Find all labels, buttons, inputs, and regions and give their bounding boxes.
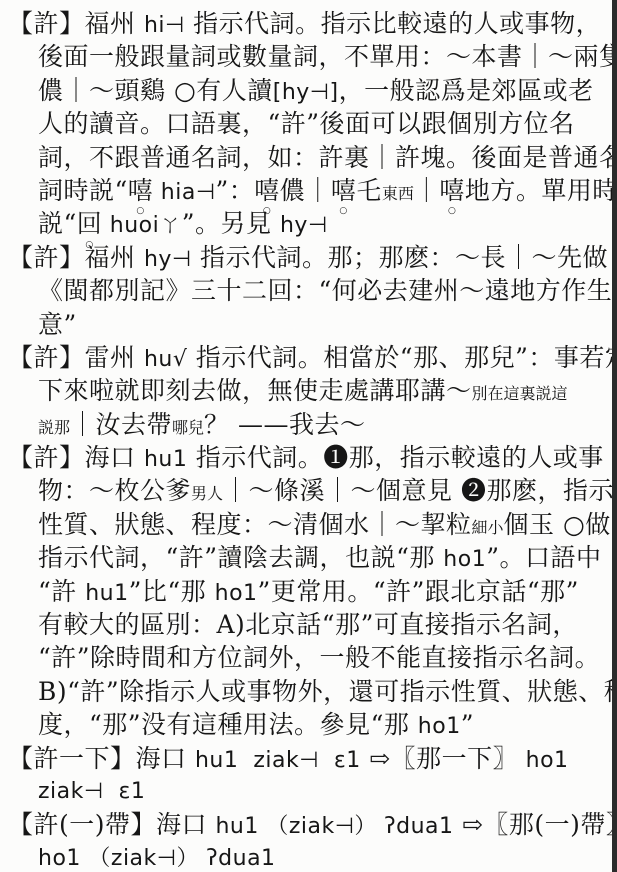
cjk-text: 《閩都別記》三十二回：“何必去建州～遠地方作生: [38, 276, 612, 305]
gloss-small-text: 別在這裏説這: [472, 384, 568, 403]
cjk-text: 【許】福州: [8, 243, 144, 272]
dictionary-entry: 【許(一)帶】海口 hu1 （ziak⊣） ʔdua1 ⇨〖那(一)帶〗ho1 …: [8, 808, 617, 872]
text-line: 説“回 huoiㄚ”。另見 hy⊣: [8, 207, 617, 240]
text-line: 【許】福州 hy⊣ 指示代詞。那；那麽：～長｜～先做｜: [8, 241, 617, 274]
phonetic-text: ho1: [443, 547, 486, 572]
char-with-ring-diacritic: 嘻: [128, 174, 154, 207]
text-line: 物：～枚公爹男人｜～條溪｜～個意見 ❷那麽，指示: [8, 474, 617, 507]
text-line: 【許】雷州 hu√ 指示代詞。相當於“那、那兒”：事若定: [8, 341, 617, 374]
phonetic-text: ho1: [518, 748, 568, 773]
cjk-text: 有較大的區別：A)北京話“那”可直接指示名詞，: [38, 610, 578, 639]
phonetic-text: hi⊣: [144, 13, 185, 38]
text-line: 説那｜汝去帶哪兒？ ——我去～: [8, 408, 617, 441]
phonetic-text: hu1 （ziak⊣） ʔdua1: [215, 814, 453, 839]
cjk-text: 人的讀音。口語裏，“許”後面可以跟個別方位名: [38, 109, 575, 138]
cjk-text: ？ ——我去～: [204, 410, 365, 439]
gloss-small-text: 男人: [191, 484, 223, 503]
cjk-text: 物：～枚公爹: [38, 476, 191, 505]
text-line: 後面一般跟量詞或數量詞，不單用：～本書｜～兩隻: [8, 40, 617, 73]
cjk-text: 【許(一)帶】海口: [8, 810, 215, 839]
gloss-small-text: 説那: [38, 418, 70, 437]
cjk-text: 詞，不跟普通名詞，如：許裏｜許塊。後面是普通名: [38, 143, 617, 172]
cjk-text: ”: [461, 710, 474, 739]
text-line: ziak⊣ ε1: [8, 775, 617, 808]
cjk-text: 儂｜: [280, 176, 331, 205]
cjk-text: 【許一下】海口: [8, 744, 195, 773]
text-line: 意”: [8, 308, 617, 341]
cjk-text: ｜～條溪｜～個意見 ❷那麽，指示: [223, 476, 614, 505]
char-with-ring-diacritic: 嘻: [331, 174, 357, 207]
cjk-text: “許”除時間和方位詞外，一般不能直接指示名詞。: [38, 643, 600, 672]
dictionary-entry: 【許一下】海口 hu1 ziak⊣ ε1 ⇨〖那一下〗 ho1ziak⊣ ε1: [8, 742, 617, 809]
text-line: 下來啦就即刻去做，無使走處講耶講～別在這裏説這: [8, 374, 617, 407]
cjk-text: 地方。單用時: [465, 176, 617, 205]
cjk-text: 【許】雷州: [8, 343, 144, 372]
cjk-text: ”。口語中: [486, 543, 601, 572]
phonetic-text: hu1: [144, 447, 187, 472]
dictionary-page: 【許】福州 hi⊣ 指示代詞。指示比較遠的人或事物，後面一般跟量詞或數量詞，不單…: [0, 0, 617, 872]
text-line: “許 hu1”比“那 ho1”更常用。“許”跟北京話“那”: [8, 575, 617, 608]
cjk-text: 性質、狀態、程度：～清個水｜～挈粒: [38, 510, 472, 539]
cjk-text: 説“: [38, 209, 77, 238]
cjk-text: ”：: [216, 176, 255, 205]
phonetic-text: huoiㄚ: [102, 213, 181, 238]
cjk-text: 指示代詞。指示比較遠的人或事物，: [185, 9, 601, 38]
gloss-small-text: 哪兒: [172, 418, 204, 437]
text-line: 指示代詞，“許”讀陰去調，也説“那 ho1”。口語中: [8, 541, 617, 574]
cjk-text: 【許】福州: [8, 9, 144, 38]
cjk-text: 下來啦就即刻去做，無使走處講耶講～: [38, 376, 472, 405]
dictionary-entry: 【許】雷州 hu√ 指示代詞。相當於“那、那兒”：事若定下來啦就即刻去做，無使走…: [8, 341, 617, 441]
cjk-text: 乇: [356, 176, 382, 205]
text-line: ho1 （ziak⊣） ʔdua1: [8, 842, 617, 872]
phonetic-text: ho1 （ziak⊣） ʔdua1: [38, 846, 276, 871]
cjk-text: 後面一般跟量詞或數量詞，不單用：～本書｜～兩隻: [38, 42, 617, 71]
text-line: 度，“那”没有這種用法。參見“那 ho1”: [8, 708, 617, 741]
cjk-text: 詞時説“: [38, 176, 128, 205]
cjk-text: 【許】海口: [8, 443, 144, 472]
phonetic-text: ho1: [215, 581, 258, 606]
dictionary-entry: 【許】海口 hu1 指示代詞。❶那，指示較遠的人或事物：～枚公爹男人｜～條溪｜～…: [8, 441, 617, 742]
text-line: 儂｜～頭鷄 ○有人讀[hy⊣]，一般認爲是郊區或老: [8, 74, 617, 107]
text-line: 《閩都別記》三十二回：“何必去建州～遠地方作生: [8, 274, 617, 307]
text-line: 【許(一)帶】海口 hu1 （ziak⊣） ʔdua1 ⇨〖那(一)帶〗: [8, 808, 617, 841]
cjk-text: 指示代詞。那；那麽：～長｜～先做｜: [192, 243, 617, 272]
char-with-ring-diacritic: 嘻: [254, 174, 280, 207]
cjk-text: ⇨〖那一下〗: [361, 744, 518, 773]
char-with-ring-diacritic: 回: [77, 207, 103, 240]
dictionary-entry: 【許】福州 hi⊣ 指示代詞。指示比較遠的人或事物，後面一般跟量詞或數量詞，不單…: [8, 7, 617, 241]
gloss-small-text: 細小: [472, 518, 504, 537]
text-line: 詞，不跟普通名詞，如：許裏｜許塊。後面是普通名: [8, 141, 617, 174]
cjk-text: 指示代詞。❶那，指示較遠的人或事: [187, 443, 603, 472]
text-line: 【許一下】海口 hu1 ziak⊣ ε1 ⇨〖那一下〗 ho1: [8, 742, 617, 775]
char-with-ring-diacritic: 嘻: [439, 174, 465, 207]
cjk-text: “許: [38, 577, 85, 606]
text-line: 有較大的區別：A)北京話“那”可直接指示名詞，: [8, 608, 617, 641]
cjk-text: ”比“那: [129, 577, 215, 606]
phonetic-text: [hy⊣]: [273, 80, 339, 105]
text-line: 【許】福州 hi⊣ 指示代詞。指示比較遠的人或事物，: [8, 7, 617, 40]
phonetic-text: ho1: [418, 714, 461, 739]
phonetic-text: ziak⊣ ε1: [38, 779, 145, 804]
gloss-small-text: 東西: [382, 184, 414, 203]
phonetic-text: hia⊣: [153, 180, 215, 205]
cjk-text: ｜: [414, 176, 440, 205]
dictionary-entry: 【許】福州 hy⊣ 指示代詞。那；那麽：～長｜～先做｜《閩都別記》三十二回：“何…: [8, 241, 617, 341]
cjk-text: 度，“那”没有這種用法。參見“那: [38, 710, 418, 739]
cjk-text: 指示代詞，“許”讀陰去調，也説“那: [38, 543, 443, 572]
phonetic-text: hu1: [85, 581, 128, 606]
text-line: 詞時説“嘻 hia⊣”：嘻儂｜嘻乇東西｜嘻地方。單用時: [8, 174, 617, 207]
text-line: 人的讀音。口語裏，“許”後面可以跟個別方位名: [8, 107, 617, 140]
cjk-text: 個玉 ○做: [504, 510, 611, 539]
cjk-text: B)“許”除指示人或事物外，還可指示性質、狀態、程: [38, 677, 617, 706]
entries: 【許】福州 hi⊣ 指示代詞。指示比較遠的人或事物，後面一般跟量詞或數量詞，不單…: [8, 7, 617, 872]
cjk-text: 儂｜～頭鷄 ○有人讀: [38, 76, 273, 105]
text-line: B)“許”除指示人或事物外，還可指示性質、狀態、程: [8, 675, 617, 708]
text-line: 性質、狀態、程度：～清個水｜～挈粒細小個玉 ○做: [8, 508, 617, 541]
text-line: “許”除時間和方位詞外，一般不能直接指示名詞。: [8, 641, 617, 674]
phonetic-text: hy⊣: [280, 213, 328, 238]
column-divider-rule: [612, 0, 617, 872]
text-line: 【許】海口 hu1 指示代詞。❶那，指示較遠的人或事: [8, 441, 617, 474]
cjk-text: ”更常用。“許”跟北京話“那”: [258, 577, 579, 606]
phonetic-text: hu1 ziak⊣ ε1: [195, 748, 361, 773]
cjk-text: 意”: [38, 310, 77, 339]
cjk-text: ⇨〖那(一)帶〗: [454, 810, 617, 839]
cjk-text: ｜汝去帶: [70, 410, 172, 439]
phonetic-text: hu√: [144, 347, 187, 372]
phonetic-text: hy⊣: [144, 247, 192, 272]
cjk-text: 指示代詞。相當於“那、那兒”：事若定: [187, 343, 617, 372]
cjk-text: ，一般認爲是郊區或老: [339, 76, 594, 105]
